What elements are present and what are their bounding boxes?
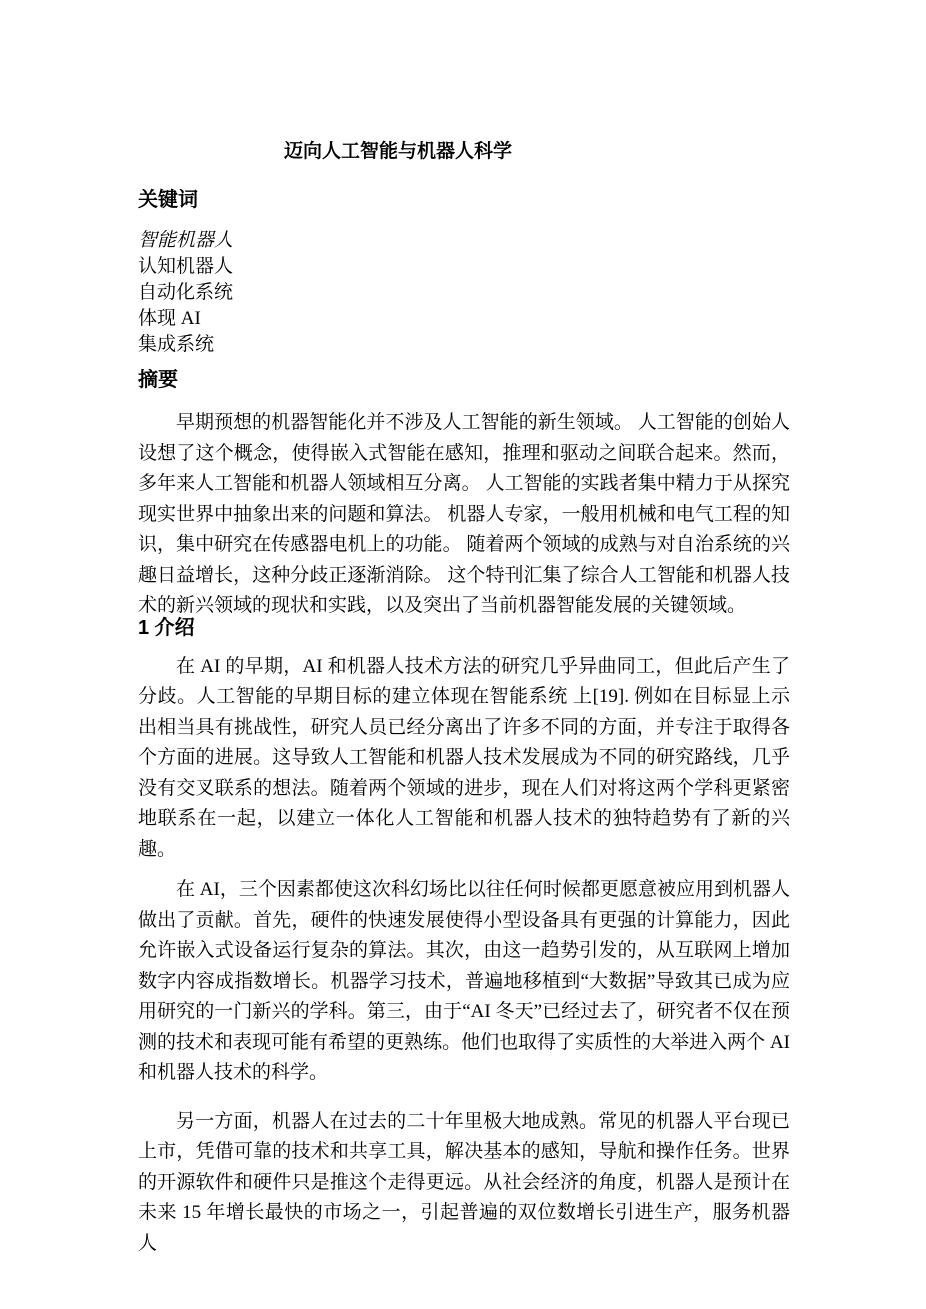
- abstract-paragraph: 早期预想的机器智能化并不涉及人工智能的新生领域。 人工智能的创始人设想了这个概念…: [138, 408, 790, 622]
- introduction-paragraph: 另一方面，机器人在过去的二十年里极大地成熟。常见的机器人平台现已上市，凭借可靠的…: [138, 1107, 790, 1260]
- document-content: 迈向人工智能与机器人科学 关键词 智能机器人 认知机器人 自动化系统 体现 AI…: [138, 0, 790, 1259]
- page-title: 迈向人工智能与机器人科学: [138, 140, 790, 164]
- keyword-item: 认知机器人: [138, 254, 790, 280]
- document-page: 迈向人工智能与机器人科学 关键词 智能机器人 认知机器人 自动化系统 体现 AI…: [0, 0, 926, 1309]
- keywords-heading: 关键词: [138, 188, 790, 212]
- keyword-item: 体现 AI: [138, 306, 790, 332]
- introduction-paragraph: 在 AI 的早期，AI 和机器人技术方法的研究几乎异曲同工，但此后产生了分歧。人…: [138, 652, 790, 866]
- abstract-heading: 摘要: [138, 368, 790, 392]
- keyword-item: 自动化系统: [138, 280, 790, 306]
- keyword-item: 集成系统: [138, 332, 790, 358]
- introduction-paragraph: 在 AI，三个因素都使这次科幻场比以往任何时候都更愿意被应用到机器人做出了贡献。…: [138, 875, 790, 1089]
- keyword-item: 智能机器人: [138, 228, 790, 254]
- keywords-list: 智能机器人 认知机器人 自动化系统 体现 AI 集成系统: [138, 228, 790, 358]
